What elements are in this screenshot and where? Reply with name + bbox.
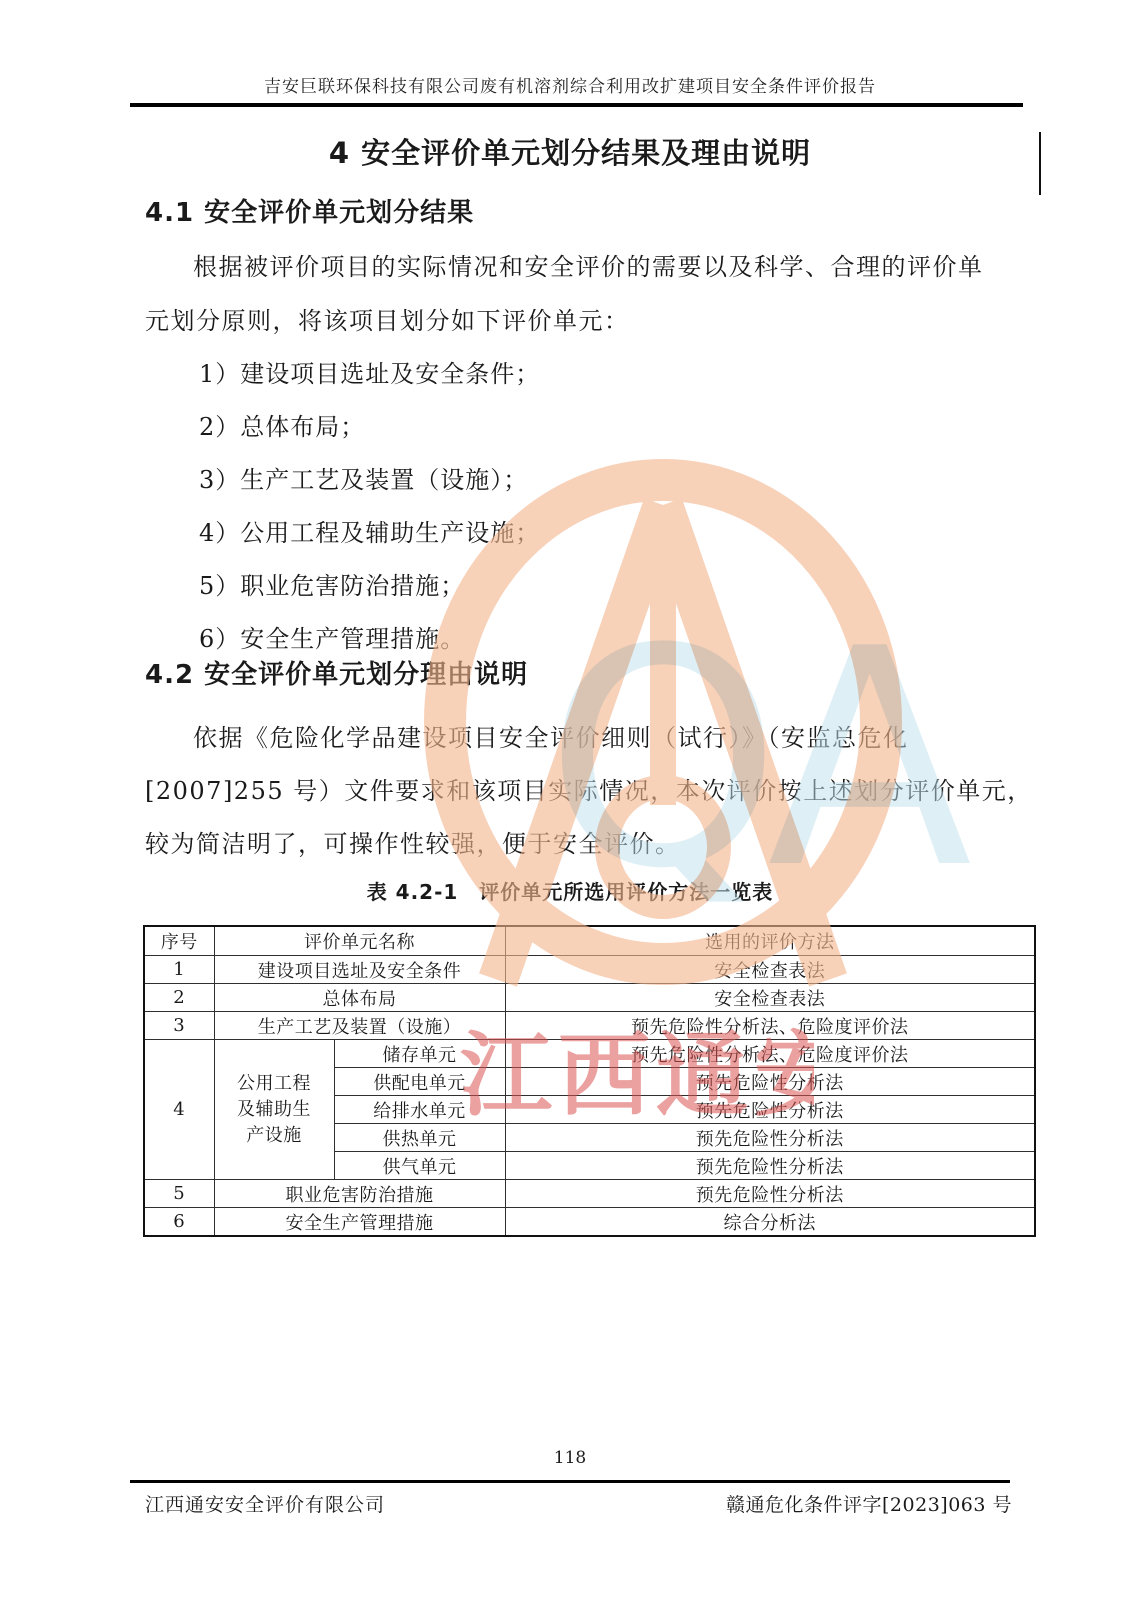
cell-unit: 储存单元 xyxy=(334,1040,505,1068)
section-4-1-heading: 4.1 安全评价单元划分结果 xyxy=(145,192,474,229)
table-row: 1 建设项目选址及安全条件 安全检查表法 xyxy=(144,956,1035,984)
evaluation-methods-table: 序号 评价单元名称 选用的评价方法 1 建设项目选址及安全条件 安全检查表法 2… xyxy=(143,925,1036,1237)
cell-unit: 供热单元 xyxy=(334,1124,505,1152)
running-header: 吉安巨联环保科技有限公司废有机溶剂综合利用改扩建项目安全条件评价报告 xyxy=(130,72,1010,97)
cell-no: 2 xyxy=(144,984,214,1012)
header-rule xyxy=(130,103,1023,107)
list-item: 5）职业危害防治措施； xyxy=(199,560,540,613)
cell-name: 建设项目选址及安全条件 xyxy=(214,956,505,984)
cell-no: 3 xyxy=(144,1012,214,1040)
list-item: 4）公用工程及辅助生产设施； xyxy=(199,507,540,560)
paragraph-line: 根据被评价项目的实际情况和安全评价的需要以及科学、合理的评价单 xyxy=(145,240,1021,294)
cell-method: 预先危险性分析法 xyxy=(505,1152,1035,1180)
cell-unit: 供气单元 xyxy=(334,1152,505,1180)
footer-rule xyxy=(130,1480,1010,1483)
cell-method: 安全检查表法 xyxy=(505,956,1035,984)
cell-name: 总体布局 xyxy=(214,984,505,1012)
header-cell-method: 选用的评价方法 xyxy=(505,926,1035,956)
document-page: 吉安巨联环保科技有限公司废有机溶剂综合利用改扩建项目安全条件评价报告 4 安全评… xyxy=(0,0,1131,1600)
paragraph-line: 元划分原则，将该项目划分如下评价单元： xyxy=(145,294,1021,348)
header-cell-name: 评价单元名称 xyxy=(214,926,505,956)
cell-name: 职业危害防治措施 xyxy=(214,1180,505,1208)
paragraph-line: 较为简洁明了，可操作性较强，便于安全评价。 xyxy=(145,818,1021,871)
cell-name: 生产工艺及装置（设施） xyxy=(214,1012,505,1040)
cell-no: 1 xyxy=(144,956,214,984)
cell-no: 6 xyxy=(144,1208,214,1237)
chapter-title: 4 安全评价单元划分结果及理由说明 xyxy=(130,131,1010,172)
table-row: 3 生产工艺及装置（设施） 预先危险性分析法、危险度评价法 xyxy=(144,1012,1035,1040)
table-header-row: 序号 评价单元名称 选用的评价方法 xyxy=(144,926,1035,956)
cell-method: 预先危险性分析法 xyxy=(505,1180,1035,1208)
cell-method: 预先危险性分析法 xyxy=(505,1124,1035,1152)
cell-method: 预先危险性分析法 xyxy=(505,1096,1035,1124)
section-4-2-paragraph: 依据《危险化学品建设项目安全评价细则（试行）》（安监总危化 [2007]255 … xyxy=(145,712,1021,871)
list-item: 2）总体布局； xyxy=(199,401,540,454)
cell-name: 安全生产管理措施 xyxy=(214,1208,505,1237)
table-row: 4 公用工程 及辅助生 产设施 储存单元 预先危险性分析法、危险度评价法 xyxy=(144,1040,1035,1068)
list-item: 3）生产工艺及装置（设施）； xyxy=(199,454,540,507)
cell-method: 预先危险性分析法 xyxy=(505,1068,1035,1096)
evaluation-unit-list: 1）建设项目选址及安全条件； 2）总体布局； 3）生产工艺及装置（设施）； 4）… xyxy=(199,348,540,666)
footer-doc-number: 赣通危化条件评字[2023]063 号 xyxy=(726,1490,1012,1517)
margin-tick xyxy=(1039,132,1041,195)
list-item: 1）建设项目选址及安全条件； xyxy=(199,348,540,401)
cell-unit: 给排水单元 xyxy=(334,1096,505,1124)
cell-method: 综合分析法 xyxy=(505,1208,1035,1237)
cell-method: 预先危险性分析法、危险度评价法 xyxy=(505,1040,1035,1068)
paragraph-line: 依据《危险化学品建设项目安全评价细则（试行）》（安监总危化 xyxy=(145,712,1021,765)
cell-unit: 供配电单元 xyxy=(334,1068,505,1096)
cell-name: 公用工程 及辅助生 产设施 xyxy=(214,1040,334,1180)
page-number: 118 xyxy=(130,1448,1010,1468)
paragraph-line: [2007]255 号）文件要求和该项目实际情况，本次评价按上述划分评价单元， xyxy=(145,765,1021,818)
cell-method: 安全检查表法 xyxy=(505,984,1035,1012)
cell-method: 预先危险性分析法、危险度评价法 xyxy=(505,1012,1035,1040)
footer-company: 江西通安安全评价有限公司 xyxy=(145,1490,385,1517)
cell-no: 5 xyxy=(144,1180,214,1208)
table-row: 2 总体布局 安全检查表法 xyxy=(144,984,1035,1012)
table-row: 5 职业危害防治措施 预先危险性分析法 xyxy=(144,1180,1035,1208)
section-4-1-paragraph: 根据被评价项目的实际情况和安全评价的需要以及科学、合理的评价单 元划分原则，将该… xyxy=(145,240,1021,348)
section-4-2-heading: 4.2 安全评价单元划分理由说明 xyxy=(145,654,528,691)
table-row: 6 安全生产管理措施 综合分析法 xyxy=(144,1208,1035,1237)
table-caption: 表 4.2-1 评价单元所选用评价方法一览表 xyxy=(130,876,1010,905)
header-cell-no: 序号 xyxy=(144,926,214,956)
cell-no: 4 xyxy=(144,1040,214,1180)
